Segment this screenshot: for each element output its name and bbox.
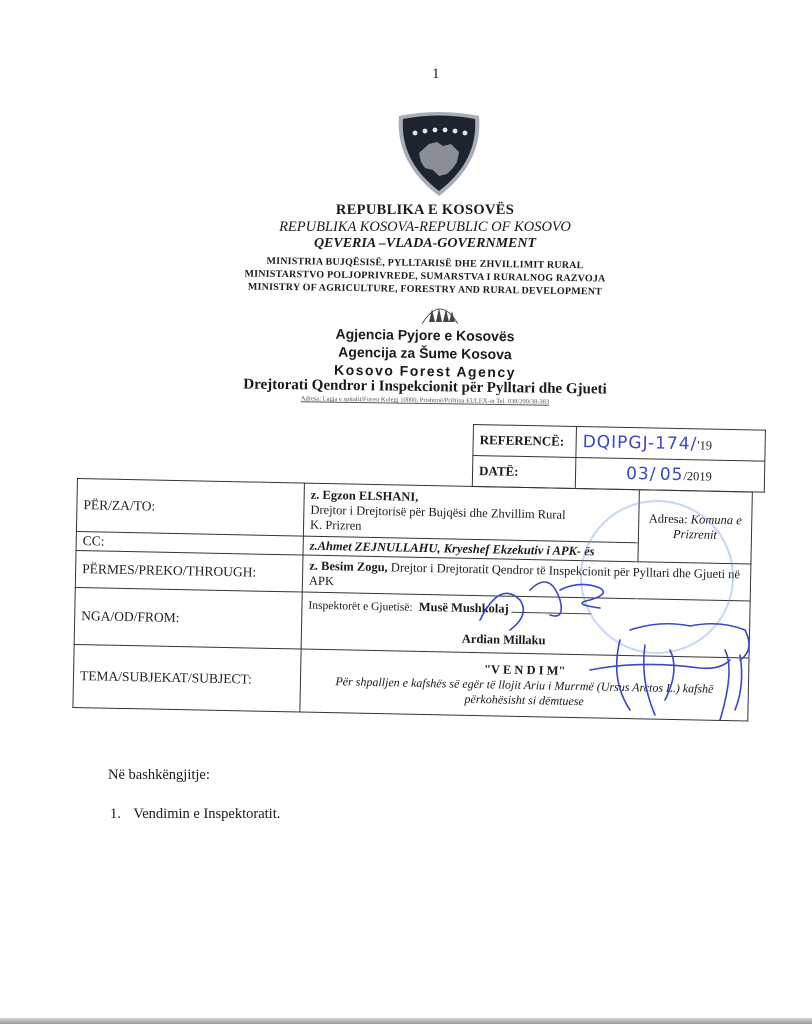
attachments-title: Në bashkëngjitje: <box>108 767 210 784</box>
subject-label: TEMA/SUBJEKAT/SUBJECT: <box>73 644 301 712</box>
attachment-item: 1. Vendimin e Inspektoratit. <box>110 806 280 823</box>
republic-sr-en: REPUBLIKA KOSOVA-REPUBLIC OF KOSOVO <box>190 219 660 236</box>
reference-value: DQIPGJ-174/'19 <box>576 426 766 461</box>
from-label: NGA/OD/FROM: <box>74 587 302 649</box>
signature-line-1 <box>512 612 592 615</box>
from-inspector-1: Musë Mushkolaj <box>419 600 509 616</box>
reference-label: REFERENCË: <box>473 425 577 458</box>
attachment-number: 1. <box>110 806 130 823</box>
reference-table: REFERENCË: DQIPGJ-174/'19 DATË: 03/ 05/2… <box>472 424 766 493</box>
subject-row: TEMA/SUBJEKAT/SUBJECT: "V E N D I M" Për… <box>73 644 749 721</box>
page-number: 1 <box>432 66 440 83</box>
through-label: PËRMES/PREKO/THROUGH: <box>75 550 303 592</box>
page-bottom-edge <box>0 1018 812 1024</box>
document-page: 1 REPUBLIKA E KOSOVËS REPUBLIKA KOSOVA-R… <box>0 0 812 1018</box>
through-name: z. Besim Zogu, <box>309 559 388 575</box>
reference-suffix: '19 <box>697 438 712 452</box>
date-value: 03/ 05/2019 <box>575 457 765 492</box>
subject-value: "V E N D I M" Për shpalljen e kafshës së… <box>300 649 749 721</box>
forest-trees-icon <box>418 300 462 328</box>
from-inspector-2: Ardian Millaku <box>462 632 546 648</box>
from-role: Inspektorët e Gjuetisë: <box>308 600 412 614</box>
to-value: z. Egzon ELSHANI, Drejtor i Drejtorisë p… <box>303 483 639 543</box>
date-day: 03/ <box>626 464 657 485</box>
to-label: PËR/ZA/TO: <box>76 479 304 537</box>
reference-handwritten: DQIPGJ-174/ <box>582 432 697 454</box>
government: QEVERIA –VLADA-GOVERNMENT <box>190 236 660 252</box>
attachment-text: Vendimin e Inspektoratit. <box>133 806 280 822</box>
date-suffix: /2019 <box>683 469 712 484</box>
official-stamp-icon <box>580 500 734 654</box>
date-label: DATË: <box>472 456 576 489</box>
republic-sq: REPUBLIKA E KOSOVËS <box>190 202 660 219</box>
date-month: 05 <box>660 465 684 485</box>
kosovo-coat-of-arms-icon <box>393 108 485 198</box>
